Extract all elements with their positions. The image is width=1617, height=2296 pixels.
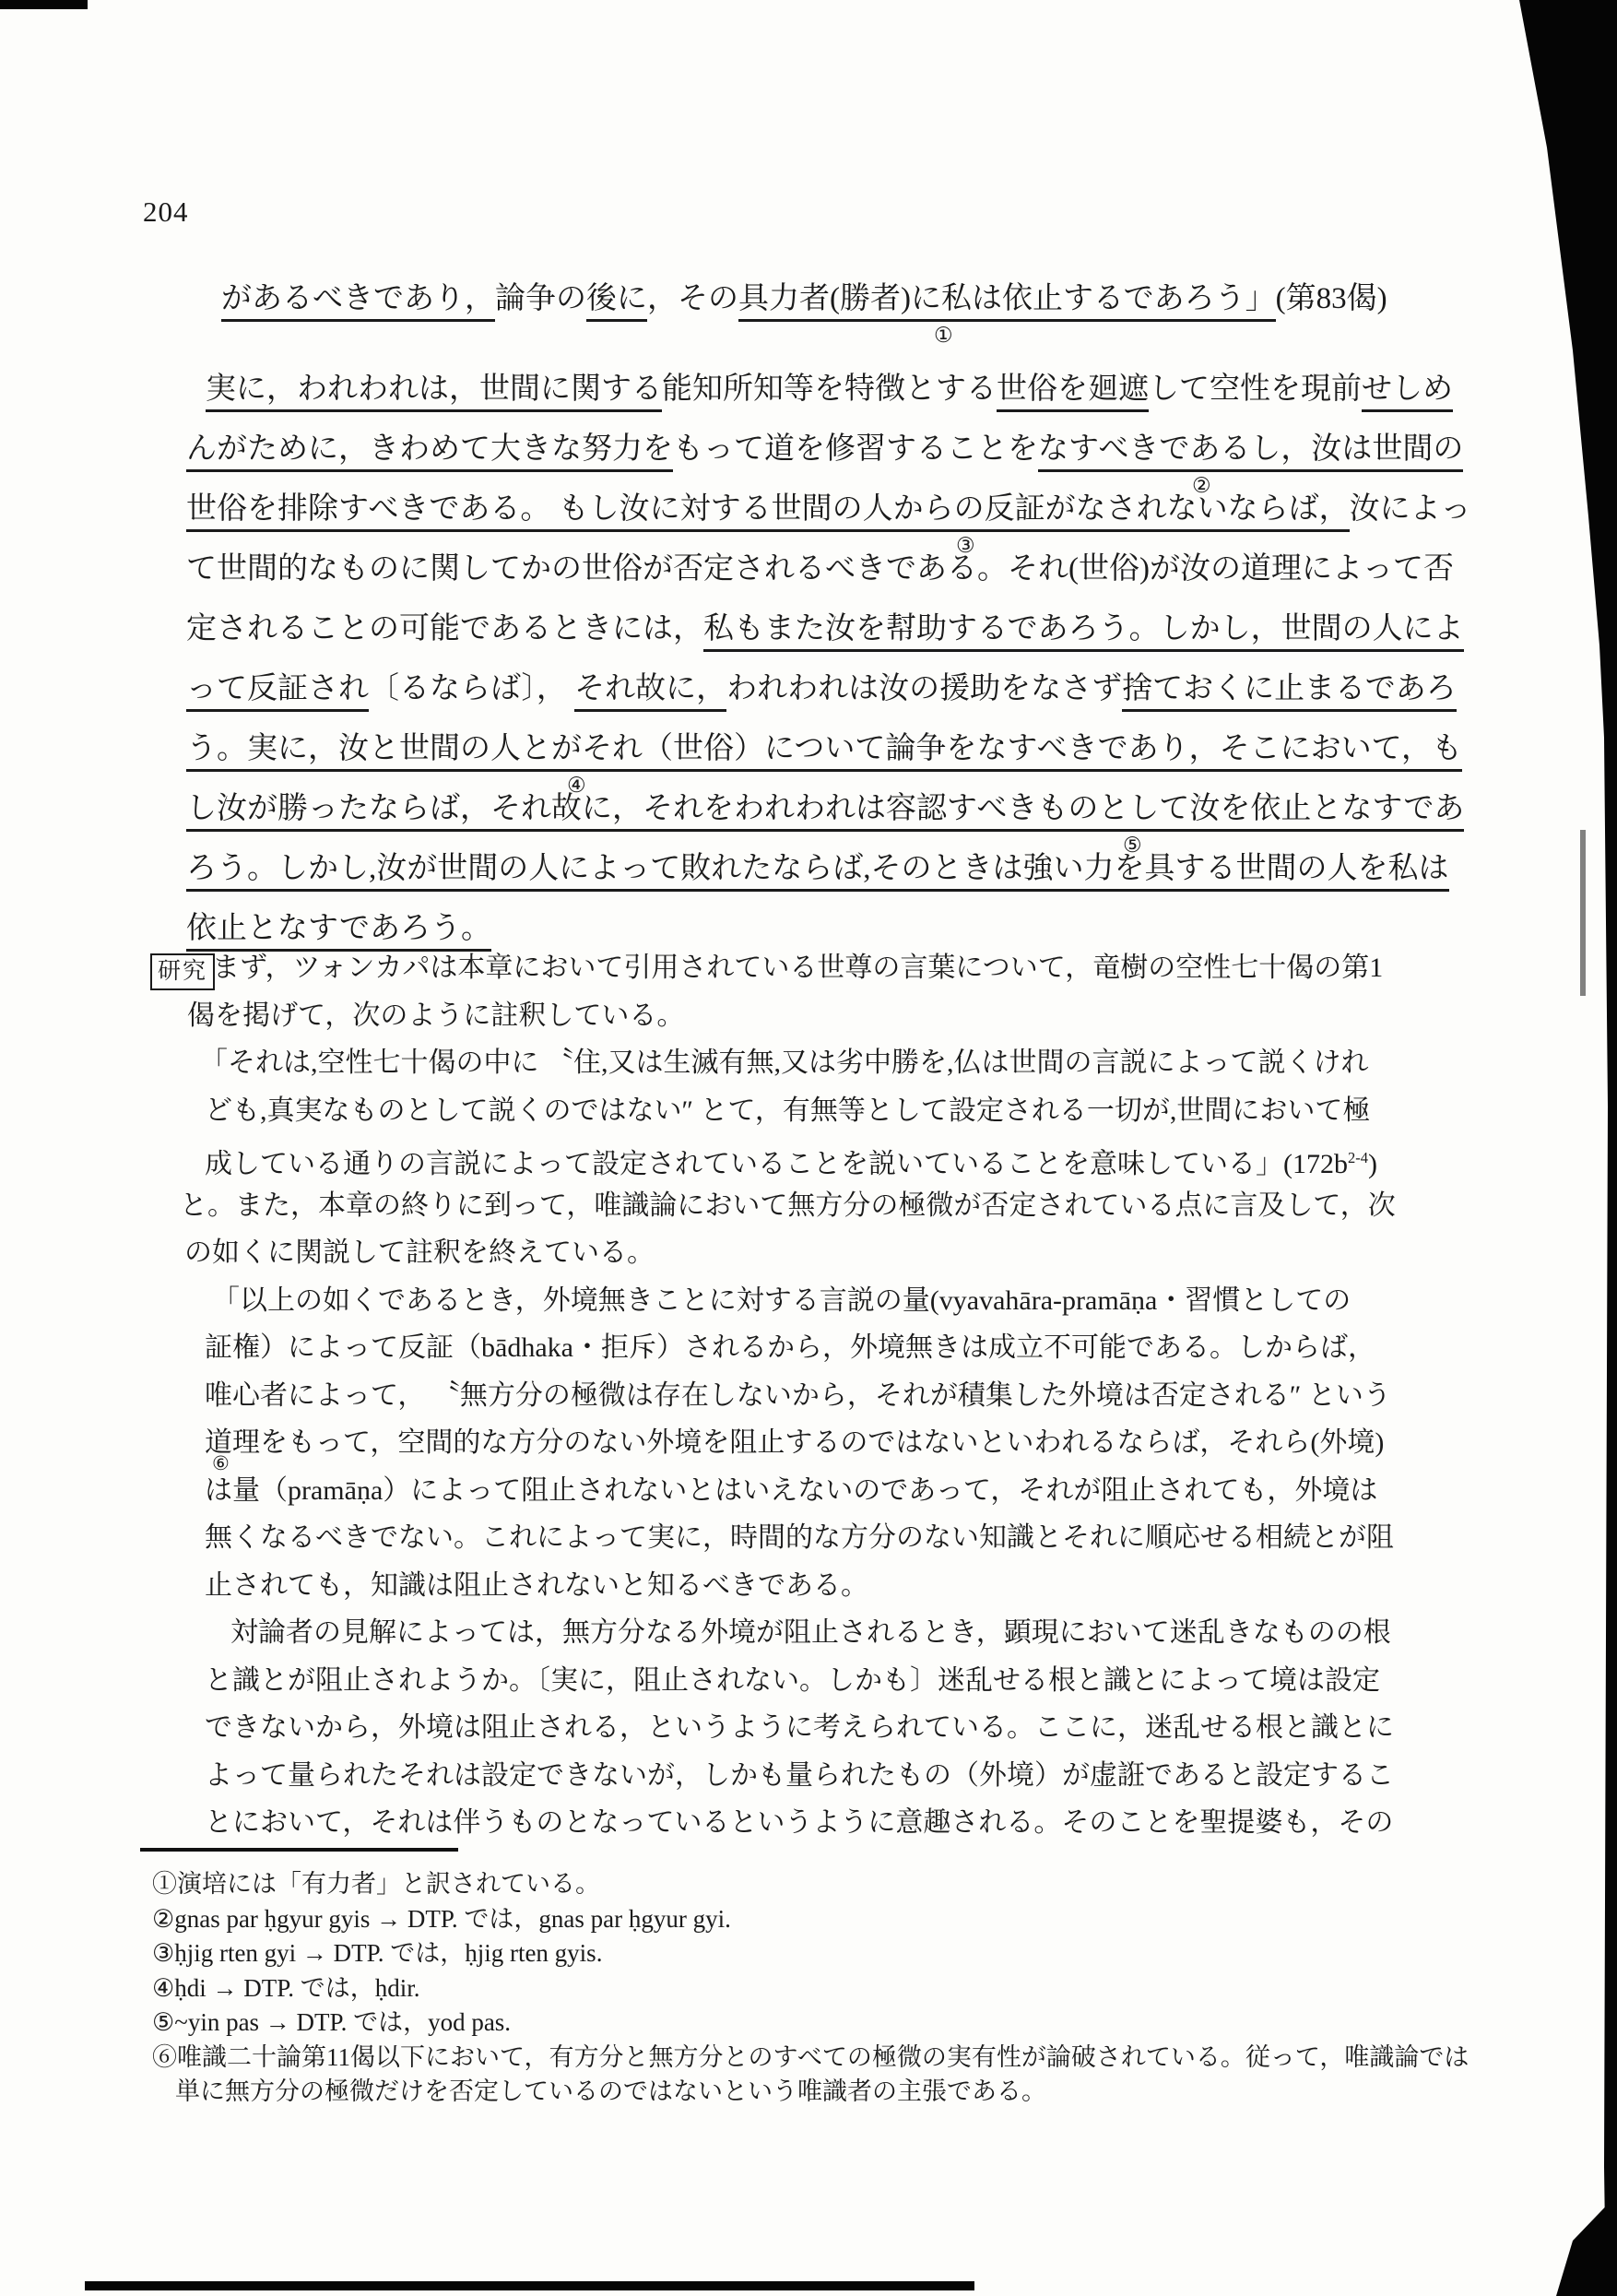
- text-segment: は量（pramāṇa）によって阻止されないとはいえないのであって，それが阻止され…: [205, 1475, 1377, 1506]
- text-line: 対論者の見解によっては，無方分なる外境が阻止されるとき，顕現において迷乱きなもの…: [230, 1613, 1580, 1661]
- research-section: 研究 まず，ツォンカパは本章において引用されている世尊の言葉について，竜樹の空性…: [148, 948, 1580, 1851]
- text-line: んがために，きわめて大きな努力をもって道を修習することをなすべきであるし，汝は世…: [186, 423, 1580, 483]
- text-line: 実に，われわれは，世間に関する能知所知等を特徴とする世俗を廻遮して空性を現前せし…: [206, 363, 1580, 423]
- text-segment: ①演培には「有力者」と訳されている。: [152, 1870, 600, 1898]
- underlined-text-segment: もし汝に対する世間の人からの反証がなされないならば，: [550, 492, 1349, 532]
- text-segment: できないから，外境は阻止される，というように考えられている。ここに，迷乱せる根と…: [205, 1712, 1394, 1743]
- research-section-label: 研究: [150, 953, 215, 990]
- text-line: は量（pramāṇa）によって阻止されないとはいえないのであって，それが阻止され…: [205, 1471, 1580, 1519]
- text-segment: もって道を修習することを: [673, 432, 1038, 466]
- underlined-text-segment: があるべきであり，: [221, 282, 495, 322]
- text-segment: 単に無方分の極微だけを否定しているのではないという唯識者の主張である。: [175, 2077, 1046, 2105]
- underlined-text-segment: 世間に関する: [479, 373, 662, 412]
- text-segment: 偈を掲げて，次のように註釈している。: [187, 1000, 684, 1031]
- text-segment: 能知所知等を特徴とする: [662, 373, 997, 406]
- text-segment: して空性を現前: [1149, 373, 1362, 406]
- underlined-text-segment: ろう。しかし,汝が世間の人によって敗れたならば,そのときは強い力を具する世間の人…: [186, 852, 1449, 892]
- text-line: 定されることの可能であるときには，私もまた汝を幇助するであろう。しかし，世間の人…: [186, 603, 1580, 663]
- text-line: と。また，本章の終りに到って，唯識論において無方分の極微が否定されている点に言及…: [180, 1186, 1580, 1234]
- text-segment: 対論者の見解によっては，無方分なる外境が阻止されるとき，顕現において迷乱きなもの…: [230, 1617, 1391, 1648]
- text-line: 世俗を排除すべきである。 もし汝に対する世間の人からの反証がなされないならば，汝…: [186, 483, 1580, 543]
- text-segment: て世間的なものに関してかの世俗が否定されるべきである。それ(世俗)が汝の道理によ…: [186, 552, 1454, 586]
- text-segment: 無くなるべきでない。これによって実に，時間的な方分のない知識とそれに順応せる相続…: [205, 1522, 1394, 1553]
- underlined-text-segment: し汝が勝ったならば，それ故に，それをわれわれは容認すべきものとして汝を依止となす…: [186, 792, 1464, 832]
- text-line: 偈を掲げて，次のように註釈している。: [187, 996, 1580, 1044]
- research-text: まず，ツォンカパは本章において引用されている世尊の言葉について，竜樹の空性七十偈…: [148, 948, 1580, 1851]
- text-segment: 唯心者によって， 〝無方分の極微は存在しないから，それが積集した外境は否定される…: [205, 1380, 1391, 1411]
- underlined-text-segment: 依止となすであろう。: [186, 912, 491, 952]
- translation-passage: があるべきであり，論争の後に，その具力者(勝者)に私は依止するであろう」(第83…: [148, 273, 1580, 963]
- text-line: 道理をもって，空間的な方分のない外境を阻止するのではないといわれるならば，それら…: [205, 1423, 1580, 1471]
- text-line: とにおいて，それは伴うものとなっているというように意趣される。そのことを聖提婆も…: [205, 1803, 1580, 1851]
- text-segment: と識とが阻止されようか。〔実に，阻止されない。しかも〕迷乱せる根と識とによって境…: [205, 1665, 1380, 1696]
- underlined-text-segment: う。実に，汝と世間の人とがそれ（世俗）について論争をなすべきであり，そこにおいて…: [186, 732, 1462, 772]
- text-segment: 2-4: [1348, 1149, 1368, 1166]
- underlined-text-segment: 具力者(勝者)に私は依止するであろう」: [738, 282, 1276, 322]
- text-line: ③ḥjig rten gyi → DTP. では，ḥjig rten gyis.: [152, 1937, 1580, 1972]
- underlined-text-segment: 世俗を廻遮: [997, 373, 1149, 412]
- text-segment: 止されても，知識は阻止されないと知るべきである。: [205, 1570, 868, 1601]
- text-line: ⑤~yin pas → DTP. では，yod pas.: [152, 2006, 1580, 2042]
- text-segment: 〔るならば〕，: [369, 672, 574, 705]
- underlined-text-segment: 捨ておくに止まるであろ: [1122, 672, 1457, 712]
- text-line: 証権）によって反証（bādhaka・拒斥）されるから，外境無きは成立不可能である…: [205, 1328, 1580, 1376]
- text-segment: ②gnas par ḥgyur gyis → DTP. では，gnas par …: [152, 1905, 731, 1933]
- text-segment: の如くに関説して註釈を終えている。: [184, 1237, 655, 1268]
- text-segment: ③ḥjig rten gyi → DTP. では，ḥjig rten gyis.: [152, 1939, 602, 1967]
- text-line: ども,真実なものとして説くのではない″ とて，有無等として設定される一切が,世間…: [205, 1091, 1580, 1139]
- text-segment: よって量られたそれは設定できないが，しかも量られたもの（外境）が虚誑であると設定…: [205, 1760, 1394, 1791]
- text-segment: 「以上の如くであるとき，外境無きことに対する言説の量(vyavahāra-pra…: [212, 1285, 1351, 1316]
- underlined-text-segment: 実に，われわれは，: [206, 373, 479, 412]
- text-segment: ，その: [647, 282, 738, 315]
- text-line: し汝が勝ったならば，それ故に，それをわれわれは容認すべきものとして汝を依止となす…: [186, 783, 1580, 843]
- text-line: ろう。しかし,汝が世間の人によって敗れたならば,そのときは強い力を具する世間の人…: [186, 843, 1580, 903]
- underlined-text-segment: 後に: [586, 282, 647, 322]
- text-line: う。実に，汝と世間の人とがそれ（世俗）について論争をなすべきであり，そこにおいて…: [186, 723, 1580, 783]
- text-segment: ども,真実なものとして説くのではない″ とて，有無等として設定される一切が,世間…: [205, 1095, 1370, 1126]
- footnote-ref-mark: ①: [934, 325, 953, 346]
- text-segment: と。また，本章の終りに到って，唯識論において無方分の極微が否定されている点に言及…: [180, 1190, 1396, 1221]
- text-line: があるべきであり，論争の後に，その具力者(勝者)に私は依止するであろう」(第83…: [221, 273, 1580, 333]
- text-line: 唯心者によって， 〝無方分の極微は存在しないから，それが積集した外境は否定される…: [205, 1376, 1580, 1424]
- text-line: ①演培には「有力者」と訳されている。: [152, 1868, 1580, 1903]
- scanned-paper-page: { "page": { "number": "204" }, "main": {…: [0, 0, 1617, 2296]
- text-line: ④ḥdi → DTP. では，ḥdir.: [152, 1972, 1580, 2007]
- underlined-text-segment: せしめ: [1362, 373, 1453, 412]
- text-segment: まず，ツォンカパは本章において引用されている世尊の言葉について，竜樹の空性七十偈…: [212, 953, 1383, 983]
- underlined-text-segment: 世俗を排除すべきである。: [186, 492, 550, 532]
- underlined-text-segment: それ故に，: [574, 672, 726, 712]
- footnotes-section: ①演培には「有力者」と訳されている。②gnas par ḥgyur gyis →…: [148, 1868, 1580, 2111]
- text-line: ②gnas par ḥgyur gyis → DTP. では，gnas par …: [152, 1903, 1580, 1938]
- text-line: って反証され〔るならば〕， それ故に，われわれは汝の援助をなさず捨ておくに止まる…: [186, 663, 1580, 723]
- text-line: 「それは,空性七十偈の中に 〝住,又は生滅有無,又は劣中勝を,仏は世間の言説によ…: [200, 1043, 1580, 1091]
- underlined-text-segment: んがために，: [186, 432, 369, 472]
- underlined-text-segment: って反証され: [186, 672, 369, 712]
- text-line: 単に無方分の極微だけを否定しているのではないという唯識者の主張である。: [175, 2076, 1580, 2111]
- text-line: 「以上の如くであるとき，外境無きことに対する言説の量(vyavahāra-pra…: [212, 1281, 1580, 1329]
- text-segment: 「それは,空性七十偈の中に 〝住,又は生滅有無,又は劣中勝を,仏は世間の言説によ…: [200, 1047, 1369, 1078]
- text-segment: 成している通りの言説によって設定されていることを説いていることを意味している」(…: [205, 1149, 1348, 1179]
- text-segment: ⑤~yin pas → DTP. では，yod pas.: [152, 2008, 511, 2036]
- text-segment: ⑥唯識二十論第11偈以下において，有方分と無方分とのすべての極微の実有性が論破さ…: [152, 2043, 1469, 2071]
- text-segment: (第83偈): [1276, 282, 1387, 315]
- text-segment: 汝によっ: [1350, 492, 1471, 526]
- text-segment: 道理をもって，空間的な方分のない外境を阻止するのではないといわれるならば，それら…: [205, 1427, 1384, 1458]
- text-segment: ④ḥdi → DTP. では，ḥdir.: [152, 1974, 419, 2002]
- text-line: 無くなるべきでない。これによって実に，時間的な方分のない知識とそれに順応せる相続…: [205, 1518, 1580, 1566]
- text-line: の如くに関説して註釈を終えている。: [184, 1233, 1580, 1281]
- underlined-text-segment: きわめて大きな努力を: [369, 432, 673, 472]
- footnote-ref-mark: ⑥: [212, 1454, 230, 1473]
- text-line: ⑥唯識二十論第11偈以下において，有方分と無方分とのすべての極微の実有性が論破さ…: [152, 2042, 1580, 2077]
- underlined-text-segment: なすべきであるし，: [1038, 432, 1311, 472]
- text-line: まず，ツォンカパは本章において引用されている世尊の言葉について，竜樹の空性七十偈…: [212, 948, 1580, 996]
- underlined-text-segment: 私もまた汝を幇助するであろう。しかし，世間の人によ: [703, 612, 1464, 652]
- underlined-text-segment: 汝は世間の: [1311, 432, 1463, 472]
- footnote-divider: [140, 1848, 458, 1852]
- text-line: 成している通りの言説によって設定されていることを説いていることを意味している」(…: [205, 1138, 1580, 1186]
- text-segment: 定されることの可能であるときには，: [186, 612, 703, 645]
- text-segment: われわれは汝の援助をなさず: [726, 672, 1122, 705]
- text-line: よって量られたそれは設定できないが，しかも量られたもの（外境）が虚誑であると設定…: [205, 1756, 1580, 1804]
- text-line: と識とが阻止されようか。〔実に，阻止されない。しかも〕迷乱せる根と識とによって境…: [205, 1661, 1580, 1709]
- text-line: できないから，外境は阻止される，というように考えられている。ここに，迷乱せる根と…: [205, 1708, 1580, 1756]
- text-segment: ): [1368, 1149, 1377, 1179]
- text-segment: 論争の: [495, 282, 586, 315]
- text-segment: 証権）によって反証（bādhaka・拒斥）されるから，外境無きは成立不可能である…: [205, 1332, 1375, 1363]
- text-line: 止されても，知識は阻止されないと知るべきである。: [205, 1566, 1580, 1614]
- text-line: て世間的なものに関してかの世俗が否定されるべきである。それ(世俗)が汝の道理によ…: [186, 543, 1580, 603]
- text-segment: とにおいて，それは伴うものとなっているというように意趣される。そのことを聖提婆も…: [205, 1807, 1393, 1838]
- page-number: 204: [143, 195, 189, 229]
